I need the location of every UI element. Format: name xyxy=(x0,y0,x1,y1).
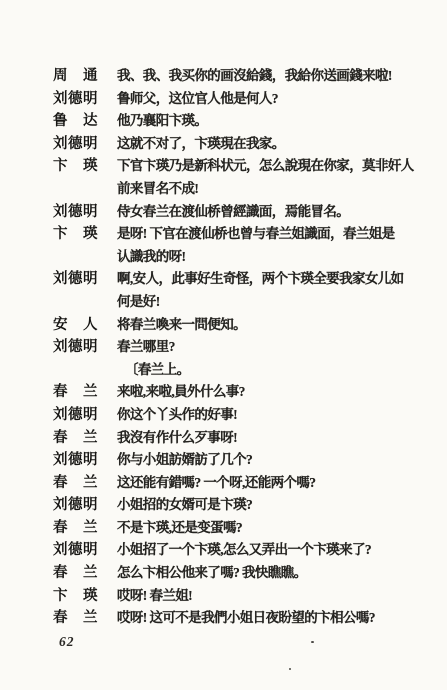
dialogue-row: 刘德明 小姐招了一个卞瑛,怎么又弄出一个卞瑛来了? xyxy=(53,538,403,561)
dialogue-text: 认識我的呀! xyxy=(117,245,185,265)
dialogue-text: 小姐招了一个卞瑛,怎么又弄出一个卞瑛来了? xyxy=(117,538,371,558)
dialogue-text: 哎呀! 春兰姐! xyxy=(117,584,192,604)
dialogue-row: 刘德明 鲁师父，这位官人他是何人? xyxy=(53,87,403,110)
dialogue-text: 不是卞瑛,还是变蛋嗎? xyxy=(117,516,242,536)
speaker-name: 安 人 xyxy=(53,313,102,334)
dialogue-row: 刘德明 啊,安人，此事好生奇怪，两个卞瑛全要我家女儿如 xyxy=(53,267,403,290)
dialogue-row: 鲁 达 他乃襄阳卞瑛。 xyxy=(53,109,403,132)
dialogue-text: 我沒有作什么歹事呀! xyxy=(117,426,237,446)
dialogue-row: 刘德明 这就不对了，卞瑛現在我家。 xyxy=(53,132,403,155)
dialogue-text: 啊,安人，此事好生奇怪，两个卞瑛全要我家女儿如 xyxy=(117,267,404,287)
speaker-name: 春 兰 xyxy=(53,561,102,582)
dialogue-row: 春 兰 不是卞瑛,还是变蛋嗎? xyxy=(53,516,403,539)
dialogue-text: 下官卞瑛乃是新科状元，怎么說現在你家，莫非奸人 xyxy=(117,154,414,174)
dialogue-text: 我、我、我买你的画沒給錢，我給你送画錢来啦! xyxy=(117,64,392,84)
dialogue-row: 刘德明 春兰哪里? xyxy=(53,335,403,358)
dialogue-row: 春 兰 哎呀! 这可不是我們小姐日夜盼望的卞相公嗎? xyxy=(53,606,403,629)
speaker-name: 春 兰 xyxy=(53,516,102,537)
speaker-name: 春 兰 xyxy=(53,380,102,401)
speaker-name: 春 兰 xyxy=(53,606,102,627)
speaker-name: 刘德明 xyxy=(53,267,102,288)
speaker-name: 卞 瑛 xyxy=(53,222,102,243)
dialogue-text: 是呀! 下官在渡仙桥也曾与春兰姐識面，春兰姐是 xyxy=(117,222,395,242)
dialogue-row: 刘德明 小姐招的女婿可是卞瑛? xyxy=(53,493,403,516)
speaker-name: 卞 瑛 xyxy=(53,584,102,605)
dialogue-text: 这就不对了，卞瑛現在我家。 xyxy=(117,132,285,152)
dialogue-row: 周 通 我、我、我买你的画沒給錢，我給你送画錢来啦! xyxy=(53,64,403,87)
speaker-name: 刘德明 xyxy=(53,493,102,514)
dialogue-row: 卞 瑛 哎呀! 春兰姐! xyxy=(53,584,403,607)
dialogue-text: 鲁师父，这位官人他是何人? xyxy=(117,87,278,107)
dialogue-text: 你这个丫头作的好事! xyxy=(117,403,237,423)
speaker-name: 刘德明 xyxy=(53,200,102,221)
speaker-name: 刘德明 xyxy=(53,335,102,356)
dialogue-text: 春兰哪里? xyxy=(117,335,175,355)
dialogue-text: 来啦,来啦,員外什么事? xyxy=(117,380,245,400)
dialogue-text: 这还能有錯嗎? 一个呀,还能两个嗎? xyxy=(117,471,315,491)
stage-direction-text: 〔春兰上。 xyxy=(125,358,190,378)
dialogue-text: 何是好! xyxy=(117,290,160,310)
page-number: 62 xyxy=(59,634,75,650)
dialogue-row: 安 人 将春兰喚来一問便知。 xyxy=(53,313,403,336)
dialogue-block: 周 通 我、我、我买你的画沒給錢，我給你送画錢来啦! 刘德明 鲁师父，这位官人他… xyxy=(53,64,403,629)
dialogue-row: 卞 瑛 是呀! 下官在渡仙桥也曾与春兰姐識面，春兰姐是 xyxy=(53,222,403,245)
dialogue-row: 卞 瑛 下官卞瑛乃是新科状元，怎么說現在你家，莫非奸人 xyxy=(53,154,403,177)
speaker-name: 刘德明 xyxy=(53,132,102,153)
scan-speck xyxy=(289,668,291,670)
dialogue-text: 他乃襄阳卞瑛。 xyxy=(117,109,207,129)
dialogue-row: 春 兰 怎么卞相公他来了嗎? 我快瞧瞧。 xyxy=(53,561,403,584)
dialogue-row: 刘德明 侍女春兰在渡仙桥曾經識面，焉能冒名。 xyxy=(53,200,403,223)
dialogue-text: 你与小姐訪婿訪了几个? xyxy=(117,448,252,468)
dialogue-text: 前来冒名不成! xyxy=(117,177,198,197)
dialogue-text: 将春兰喚来一問便知。 xyxy=(117,313,246,333)
speaker-name: 春 兰 xyxy=(53,426,102,447)
dialogue-text: 小姐招的女婿可是卞瑛? xyxy=(117,493,252,513)
speaker-name: 春 兰 xyxy=(53,471,102,492)
dialogue-row: 春 兰 来啦,来啦,員外什么事? xyxy=(53,380,403,403)
dialogue-row: 春 兰 我沒有作什么歹事呀! xyxy=(53,426,403,449)
dialogue-continuation-row: 前来冒名不成! xyxy=(53,177,403,200)
dialogue-continuation-row: 何是好! xyxy=(53,290,403,313)
speaker-name: 刘德明 xyxy=(53,448,102,469)
dialogue-row: 刘德明 你这个丫头作的好事! xyxy=(53,403,403,426)
speaker-name: 卞 瑛 xyxy=(53,154,102,175)
speaker-name: 周 通 xyxy=(53,64,102,85)
speaker-name: 刘德明 xyxy=(53,403,102,424)
dialogue-row: 刘德明 你与小姐訪婿訪了几个? xyxy=(53,448,403,471)
stage-direction-row: 〔春兰上。 xyxy=(53,358,403,381)
scanned-script-page: 周 通 我、我、我买你的画沒給錢，我給你送画錢来啦! 刘德明 鲁师父，这位官人他… xyxy=(0,0,447,690)
dialogue-text: 哎呀! 这可不是我們小姐日夜盼望的卞相公嗎? xyxy=(117,606,375,626)
speaker-name: 刘德明 xyxy=(53,538,102,559)
dialogue-continuation-row: 认識我的呀! xyxy=(53,245,403,268)
dialogue-text: 侍女春兰在渡仙桥曾經識面，焉能冒名。 xyxy=(117,200,349,220)
speaker-name: 鲁 达 xyxy=(53,109,102,130)
dialogue-row: 春 兰 这还能有錯嗎? 一个呀,还能两个嗎? xyxy=(53,471,403,494)
speaker-name: 刘德明 xyxy=(53,87,102,108)
dialogue-text: 怎么卞相公他来了嗎? 我快瞧瞧。 xyxy=(117,561,307,581)
scan-speck xyxy=(311,641,314,643)
